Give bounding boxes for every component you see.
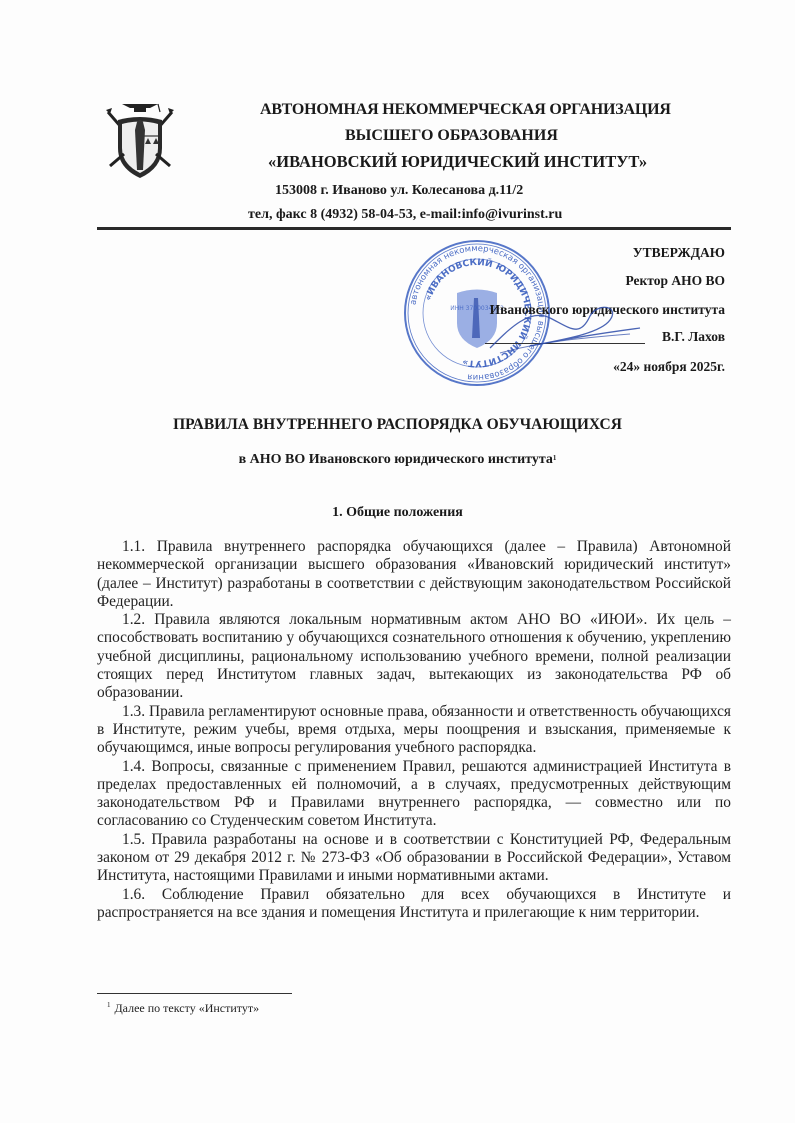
subtitle-text: в АНО ВО Ивановского юридического инстит… (239, 452, 553, 467)
footnote: 1Далее по тексту «Институт» (107, 1001, 259, 1016)
letterhead-address: 153008 г. Иваново ул. Колесанова д.11/2 (275, 183, 523, 199)
document-title: ПРАВИЛА ВНУТРЕННЕГО РАСПОРЯДКА ОБУЧАЮЩИХ… (0, 416, 795, 434)
footnote-divider (97, 993, 292, 994)
letterhead-contact: тел, факс 8 (4932) 58-04-53, e-mail:info… (248, 207, 562, 223)
paragraph-1-5: 1.5. Правила разработаны на основе и в с… (97, 831, 731, 886)
document-body: 1.1. Правила внутреннего распорядка обуч… (97, 538, 731, 922)
footnote-mark: 1 (107, 1001, 111, 1009)
footnote-text: Далее по тексту «Институт» (115, 1001, 260, 1015)
document-subtitle: в АНО ВО Ивановского юридического инстит… (0, 452, 795, 468)
approval-date: «24» ноября 2025г. (613, 359, 725, 375)
approval-signatory: В.Г. Лахов (662, 329, 725, 345)
section-heading: 1. Общие положения (0, 505, 795, 521)
paragraph-1-4: 1.4. Вопросы, связанные с применением Пр… (97, 758, 731, 831)
approval-position: Ректор АНО ВО (625, 273, 725, 289)
signature-icon (470, 298, 650, 358)
letterhead-org-line2: ВЫСШЕГО ОБРАЗОВАНИЯ (345, 127, 558, 145)
paragraph-1-6: 1.6. Соблюдение Правил обязательно для в… (97, 886, 731, 923)
approval-heading: УТВЕРЖДАЮ (633, 245, 725, 261)
institute-crest-icon (104, 98, 176, 182)
header-divider (97, 227, 731, 230)
letterhead-org-name: «ИВАНОВСКИЙ ЮРИДИЧЕСКИЙ ИНСТИТУТ» (268, 152, 647, 172)
paragraph-1-2: 1.2. Правила являются локальным норматив… (97, 611, 731, 702)
document-page: АВТОНОМНАЯ НЕКОММЕРЧЕСКАЯ ОРГАНИЗАЦИЯ ВЫ… (0, 0, 795, 1123)
paragraph-1-1: 1.1. Правила внутреннего распорядка обуч… (97, 538, 731, 611)
footnote-reference[interactable]: 1 (553, 454, 557, 462)
letterhead-org-line1: АВТОНОМНАЯ НЕКОММЕРЧЕСКАЯ ОРГАНИЗАЦИЯ (260, 101, 671, 119)
paragraph-1-3: 1.3. Правила регламентируют основные пра… (97, 703, 731, 758)
